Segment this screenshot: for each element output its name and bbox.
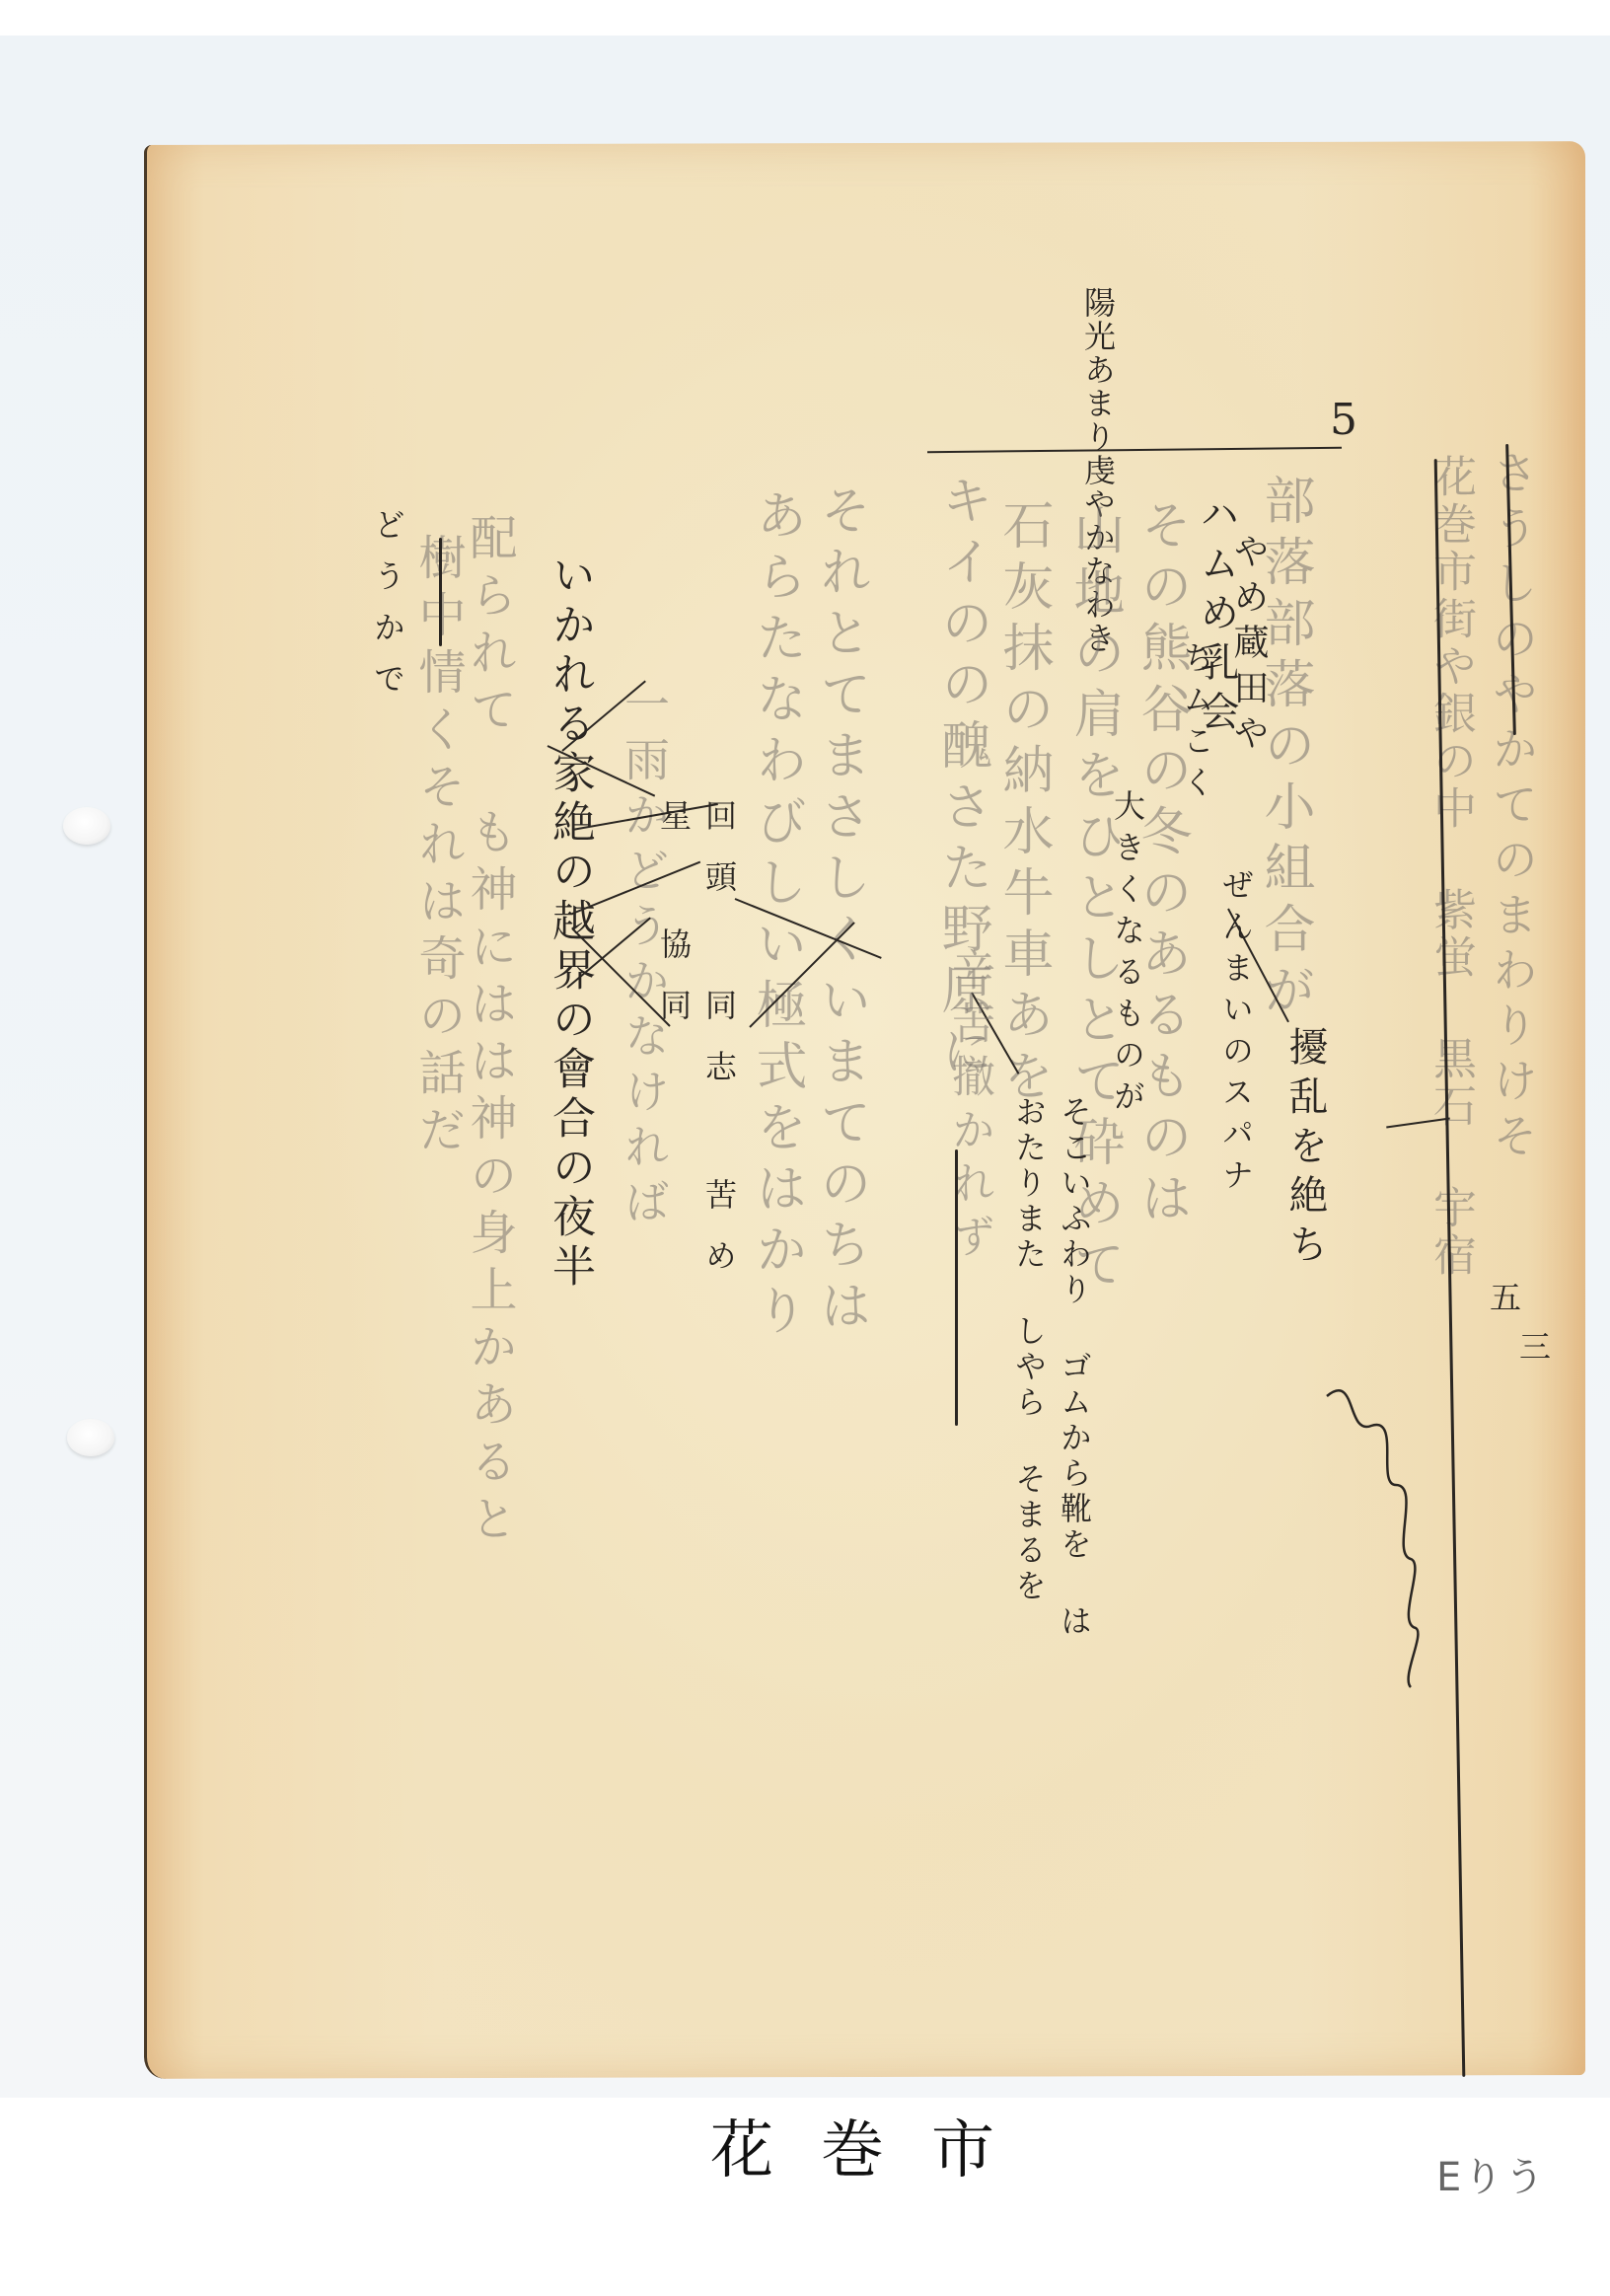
corner-handwritten-note: Eりう (1436, 2146, 1546, 2202)
caption-city-name: 花巻市 (710, 2100, 1042, 2190)
column-13: どうかで (365, 508, 410, 713)
right-margin-column-1: さうしのやかてのまわりけそ (1480, 449, 1545, 1167)
column-10: いかれる家絶の越界の會合の夜半 (538, 553, 601, 1293)
margin-mark-5: 五 (1490, 1273, 1521, 1318)
margin-mark-3: 三 (1519, 1322, 1551, 1368)
punch-hole-bottom (67, 1419, 114, 1456)
deletion-line-3 (955, 1149, 958, 1426)
right-margin-column-2: 花巻市街や銀の中 紫蛍 黒石 宇宿 (1419, 454, 1482, 1280)
column-3-insert: 擾乱を絶ち (1278, 1026, 1334, 1273)
punch-hole-top (63, 807, 110, 845)
page-number: 5 (1330, 395, 1357, 445)
column-6b: 辛苦撤かれず (937, 947, 1000, 1267)
column-7: それとてまさしくいまてのちは (804, 483, 878, 1340)
column-3: ぜんまいのスパナ (1213, 868, 1259, 1200)
column-5-insert: そこいふわり ゴムから靴を はおたりまた しやら そまるを (1006, 1095, 1097, 1648)
insertion-squiggle (1317, 1376, 1426, 1692)
deletion-line-4 (439, 538, 442, 646)
